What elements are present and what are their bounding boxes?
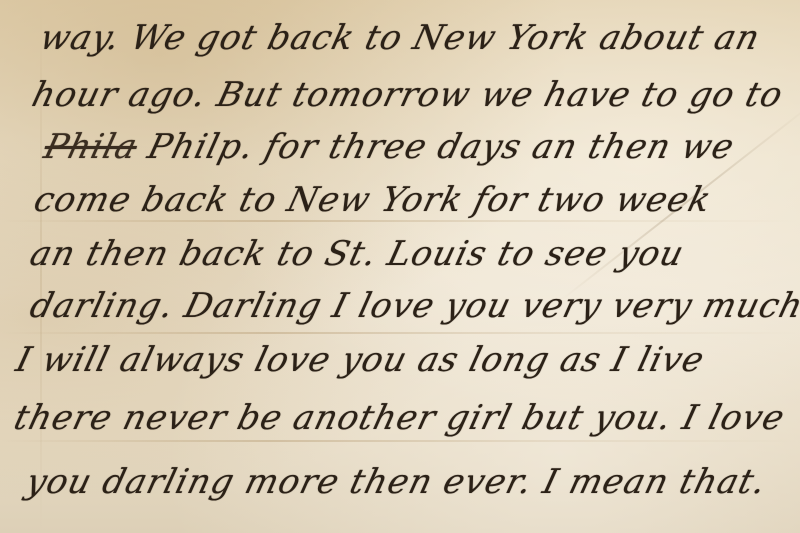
line-text: an then back to St. Louis to see you [26,234,688,274]
struck-out-word: Phila [40,127,142,167]
line-text: there never be another girl but you. I l… [10,398,789,438]
line-text: come back to New York for two week [30,180,716,220]
handwritten-line-7: I will always love you as long as I live [12,340,709,380]
line-text: hour ago. But tomorrow we have to go to [28,75,787,115]
line-text: darling. Darling I love you very very mu… [26,286,800,326]
handwritten-line-4: come back to New York for two week [30,180,716,220]
paper-fold-line [0,332,800,334]
line-text: I will always love you as long as I live [12,340,709,380]
handwritten-line-1: way. We got back to New York about an [36,18,764,58]
handwritten-line-9: you darling more then ever. I mean that. [22,462,771,502]
handwritten-line-6: darling. Darling I love you very very mu… [26,286,800,326]
handwritten-line-5: an then back to St. Louis to see you [26,234,688,274]
line-text: you darling more then ever. I mean that. [22,462,771,502]
line-text: way. We got back to New York about an [36,18,764,58]
paper-fold-line [0,440,800,442]
paper-fold-line [0,220,800,222]
handwritten-line-8: there never be another girl but you. I l… [10,398,789,438]
handwritten-line-3: Phila Philp. for three days an then we [40,127,739,167]
handwritten-line-2: hour ago. But tomorrow we have to go to [28,75,787,115]
line-text: Philp. for three days an then we [144,127,739,167]
letter-photo: way. We got back to New York about an ho… [0,0,800,533]
